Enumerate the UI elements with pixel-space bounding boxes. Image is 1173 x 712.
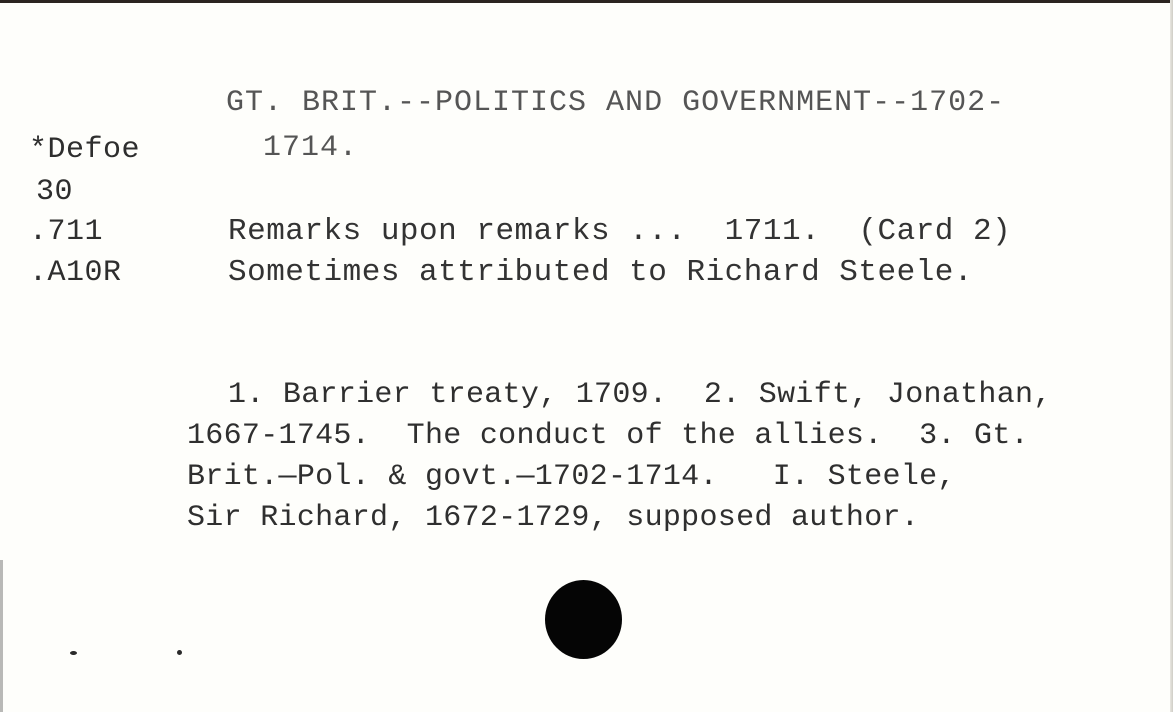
call-number-line-1: *Defoe xyxy=(29,130,140,170)
tracings-line-4: Sir Richard, 1672-1729, supposed author. xyxy=(187,498,919,538)
ink-speck xyxy=(70,651,77,655)
note-line: Sometimes attributed to Richard Steele. xyxy=(228,253,973,293)
subject-heading-line-1: GT. BRIT.--POLITICS AND GOVERNMENT--1702… xyxy=(226,83,1005,123)
title-line: Remarks upon remarks ... 1711. (Card 2) xyxy=(228,212,1011,252)
catalog-card: GT. BRIT.--POLITICS AND GOVERNMENT--1702… xyxy=(0,0,1173,712)
ink-speck xyxy=(177,650,182,655)
card-top-edge xyxy=(0,0,1173,3)
card-punch-hole xyxy=(545,580,622,659)
call-number-line-3: .711 xyxy=(29,212,103,252)
tracings-line-2: 1667-1745. The conduct of the allies. 3.… xyxy=(187,416,1029,456)
card-left-edge xyxy=(0,560,3,712)
subject-heading-line-2: 1714. xyxy=(263,128,358,168)
call-number-line-4: .A10R xyxy=(29,253,122,293)
tracings-line-3: Brit.—Pol. & govt.—1702-1714. I. Steele, xyxy=(187,457,956,497)
call-number-line-2: 30 xyxy=(36,172,73,212)
tracings-line-1: 1. Barrier treaty, 1709. 2. Swift, Jonat… xyxy=(228,375,1052,415)
